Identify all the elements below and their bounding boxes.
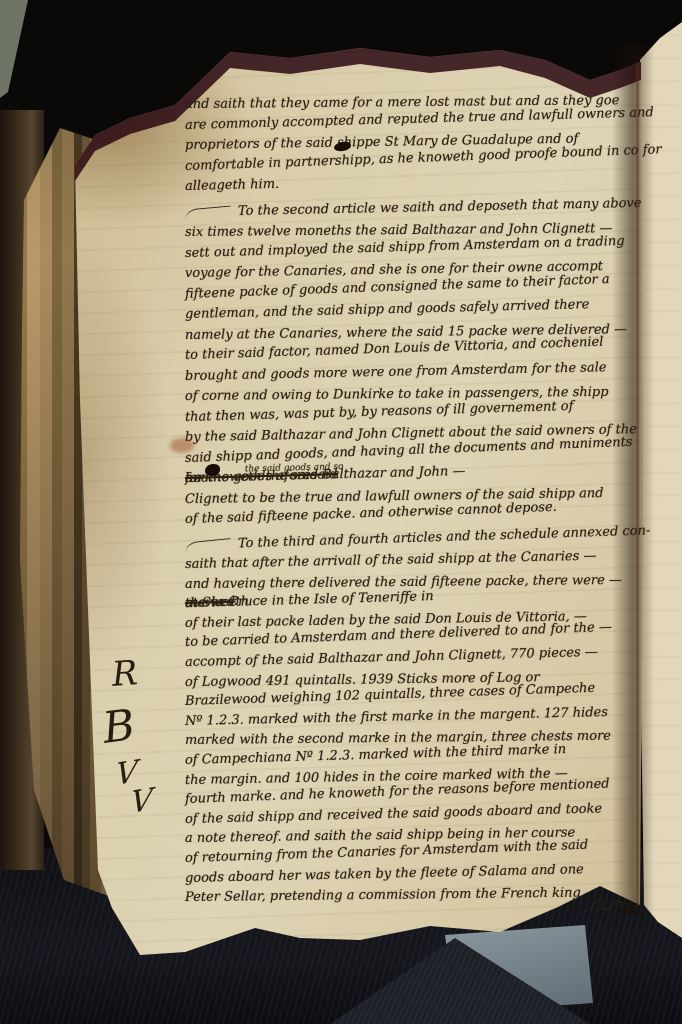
paragraph: To the third and fourth articles and the… xyxy=(185,536,637,908)
manuscript-photo: and saith that they came for a mere lost… xyxy=(0,0,682,1024)
interlinear-insertion: the said goods and so xyxy=(245,457,344,480)
manuscript-text: and saith that they came for a mere lost… xyxy=(185,95,637,925)
rust-stain xyxy=(170,438,194,453)
paragraph: and saith that they came for a mere lost… xyxy=(185,95,637,198)
closing-flourish-icon xyxy=(588,896,624,914)
margin-mark: V xyxy=(130,782,153,821)
background-sliver xyxy=(0,0,30,100)
margin-mark: B xyxy=(100,700,137,753)
margin-mark: R xyxy=(111,653,139,695)
paragraph: To the second article we saith and depos… xyxy=(185,203,637,531)
manuscript-line: Peter Sellar, pretending a commission fr… xyxy=(185,883,637,908)
